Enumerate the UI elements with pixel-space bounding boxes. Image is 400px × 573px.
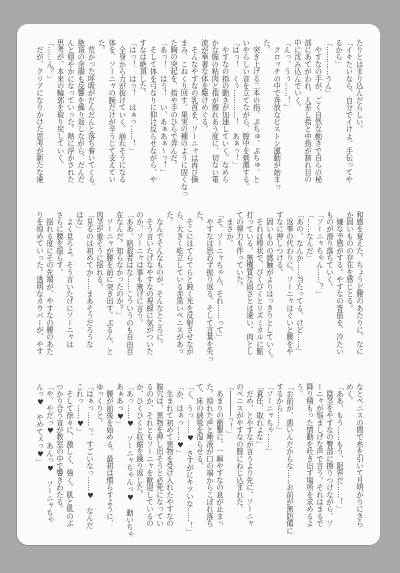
text-column: 「イキたいなら、自分でイけよ。手伝ってや xyxy=(344,39,354,190)
text-column: 返事の代わりに、ソーニャはぐいと腰をや xyxy=(285,211,295,362)
text-column: か固いものの存在を感じとる。 xyxy=(345,211,355,362)
text-column: クロッチの中で奔放なピストン運動が始まっ xyxy=(272,39,282,190)
text-column: これっ……♥」 xyxy=(75,383,85,534)
text-column: 部にあてがわれ、人差し指と中指が割れ目の xyxy=(303,39,313,190)
text-column: のペニスがやすなの膣にねじ込まれた。 xyxy=(235,383,245,534)
text-column: そう言いたげなやすなの視線に気がついた xyxy=(145,211,155,362)
text-column: ゆっくりと。 xyxy=(95,383,105,534)
text-column: すなは絶頂した。 xyxy=(138,39,148,190)
text-column: たりとはまり込んだらしい。 xyxy=(355,39,365,190)
text-column: のか、ソーニャは事も無げに言う。 xyxy=(135,211,145,362)
text-column: 「はぁっ……っ、すごいなっ……♥ なんだ xyxy=(85,383,95,534)
text-column: か、ひくひくと収縮を繰り返した。 xyxy=(135,383,145,534)
text-column: なんでそんなものが、そんなところに。 xyxy=(155,211,165,362)
text-column: そして徐々に、激しく、強く。肌と肌のぶ xyxy=(65,383,75,534)
text-column: た胸の突起を、指や手のひらで弄んだ。 xyxy=(169,39,179,190)
text-column: 「……ん？」 xyxy=(45,39,55,190)
text-column: あぁあっ♥」 xyxy=(115,383,125,534)
text-column: それは棒状で、びくびくとリズミカルに脈 xyxy=(255,211,265,362)
text-column: 思考が、本来の輪郭を取り戻していく。 xyxy=(56,39,66,190)
text-column: 絶頂の余韻も反響を繰り返しながら、だんだ xyxy=(76,39,86,190)
text-column: 流が華奢な体を駆けめぐる。 xyxy=(200,39,210,190)
text-column: ものが滑り落ちていく。 xyxy=(325,211,335,362)
text-column: 膣穴は、異物を押し出そうと必死になってい xyxy=(155,383,165,534)
text-column: まみ、こねくり回す。果実の種のように固くなっ xyxy=(179,39,189,190)
text-column: た。 xyxy=(195,211,205,362)
text-column: 陰茎をやすなの臀部に擦りつけながら、ソ xyxy=(325,383,335,534)
text-column: 「責任、取れよな」 xyxy=(255,383,265,534)
text-column: まさか。 xyxy=(225,211,235,362)
text-column: だめ、とやすなが言うより先に、ソーニャ xyxy=(245,383,255,534)
text-column: かな膣の粘肉と指が擦れあう度に、切ない電 xyxy=(210,39,220,190)
text-column: やすなは思わず振り返る。そして言葉を失っ xyxy=(205,211,215,362)
text-column: さらに腰を揺らす。 xyxy=(55,211,65,362)
text-column: 打っている。無機質な固さとは違い、肉とし xyxy=(245,211,255,362)
text-column: 「はっ！ はっ！ はぁっ……！」 xyxy=(128,39,138,190)
text-column: 降り積もった情動を吐き出す場所を求めるよ xyxy=(305,383,315,534)
text-column: 在なんだ。知らなかったのか？」 xyxy=(115,211,125,362)
text-column: う。 xyxy=(295,383,305,534)
text-column: 和感を覚えた。ちょうど腰のあたりに、なに xyxy=(355,211,365,362)
text-tier-top: たりとはまり込んだらしい。「イキたいなら、自分でイけよ。手伝ってやるから」「……… xyxy=(35,39,365,190)
text-column: 荒かった呼吸がだんだんと落ち着いてくる。 xyxy=(87,39,97,190)
text-column: 「か、はぁっ……♥」 xyxy=(175,383,185,534)
text-column: 「あっ……♥ ソーニャちゃんっ♥ 動いちゃ xyxy=(125,383,135,534)
text-column: 腰が前後を始める。最初は慣らすように、 xyxy=(105,383,115,534)
text-column: めく。 xyxy=(345,383,355,534)
text-column: 「見るのは初めてか……まあそうだろうな xyxy=(85,211,95,362)
text-column: そんなやすなの乳首を、ソーニャは再び摘 xyxy=(190,39,200,190)
text-column: 肉茎が重そうに揺れる。 xyxy=(95,211,105,362)
text-column: やすなの指の動きが加速していく。なめら xyxy=(221,39,231,190)
text-column: ソーニャが腰を前に突き出す。ぶるん、と xyxy=(105,211,115,362)
text-column: 揺れる度にその先端が、やすなの腰のあた xyxy=(45,211,55,362)
text-column: 「あっ！ はう！ い、あぁあぁ～っ！」 xyxy=(159,39,169,190)
text-column: そこにはてらてらと鈍く光を反射させなが xyxy=(185,211,195,362)
text-column: 嫌な予感がする。やすなの背筋を、冷たい xyxy=(335,211,345,362)
text-column: 体を、ソーニャの腕だけが辛うじて支えてい xyxy=(107,39,117,190)
text-column: んと穏やかになっていった。熱に浮かされた xyxy=(66,39,76,190)
text-column: 「ああ、暗殺者はな……こういうのも自由自 xyxy=(125,211,135,362)
text-column: するから……」 xyxy=(275,383,285,534)
text-column: なとペニスの間で糸を引いて月明かりにきら xyxy=(355,383,365,534)
text-column: るのか、それともソーニャを歓迎しているの xyxy=(145,383,155,534)
text-column: 「ソーニャちゃん……？」 xyxy=(315,211,325,362)
text-column: ら、大きく屹立している赤黒いペニスがあっ xyxy=(175,211,185,362)
text-column: やすなの手が、ごく自然な動きで自らの秘 xyxy=(313,39,323,190)
text-tier-bottom: なとペニスの間で糸を引いて月明かりにきらめく。「ああ、もう……もう、限界だ……！… xyxy=(35,383,365,534)
text-column: はな」 xyxy=(75,211,85,362)
text-column: んっ♥ やめてぇっ♥」 xyxy=(35,383,45,534)
text-column: 「く、うっ……♥ さすがにキツいな……！」 xyxy=(185,383,195,534)
text-column: るから」 xyxy=(334,39,344,190)
text-column: つかり合う音が教室の中で響きわたる。 xyxy=(55,383,65,534)
text-column: あまりの衝撃に、一瞬やすなの息が止まっ xyxy=(215,383,225,534)
text-column: 「…………うん」 xyxy=(324,39,334,190)
text-column: 「ソーニャちゃ……」 xyxy=(265,383,275,534)
text-column: ての弾力も伴っていた。 xyxy=(235,211,245,362)
text-column: 「──────っ！」 xyxy=(225,383,235,534)
text-column: 生まれて初めて異物を受け入れたやすなの xyxy=(165,383,175,534)
text-column: いやらしい音を立てながら、膣中を刺激する。 xyxy=(241,39,251,190)
text-column: 「そ、ソーニャちゃん、それ……って」 xyxy=(215,211,225,362)
text-column: 「んっ、うぅ……！」 xyxy=(283,39,293,190)
text-column: た。 xyxy=(97,39,107,190)
text-tier-middle: 和感を覚えた。ちょうど腰のあたりに、なにか固いものの存在を感じとる。 嫌な予感が… xyxy=(35,211,365,362)
text-column: た。掠れた声と唾液が口の端からこぼれ落ち xyxy=(205,383,215,534)
text-column: た。 xyxy=(165,211,175,362)
text-column: よく見ろよ。そう言いたげにソーニャは xyxy=(65,211,75,362)
text-column: 「はっ！ くぅ…………！ あぁっ！」 xyxy=(231,39,241,190)
text-column: て、床の絨毯を湿らせる。 xyxy=(195,383,205,534)
text-column: 「ああ、もう……もう、限界だ……！」 xyxy=(335,383,345,534)
text-column: 全身から力が抜けていく。崩れそうになる xyxy=(118,39,128,190)
text-column: 「お前が、悪いんだからな……お前が無防備に xyxy=(285,383,295,534)
text-column: 「……なんだ」 xyxy=(305,211,315,362)
text-column: た。 xyxy=(262,39,272,190)
text-column: ーニャが悩ましげな声で言う。それはまるで xyxy=(315,383,325,534)
text-column: すなに押しつける。 xyxy=(275,211,285,362)
text-column: 「や、やだっ♥ あんっ♥ ソーニャちゃ xyxy=(45,383,55,534)
text-column: 中に沈み込んでいく。 xyxy=(293,39,303,190)
text-column: だが、クリアになりかけた思考が新たな違 xyxy=(35,39,45,190)
text-column: りを掠めていった。透明なカウパーが、やす xyxy=(35,211,45,362)
text-column: 突き上げる二本の指。ぷちゅ、ぷちゅ、と xyxy=(252,39,262,190)
text-column: 「あの、なんか……当たってる、けど……」 xyxy=(295,211,305,362)
text-column: そして体を弓なりに仰け反らせながら、や xyxy=(148,39,158,190)
text-column: 固いものの感触がよりはっきりとしていく。 xyxy=(265,211,275,362)
